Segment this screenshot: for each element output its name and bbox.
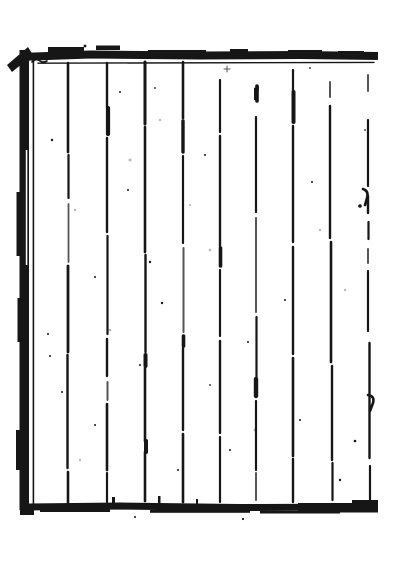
ink-speck <box>79 459 81 461</box>
ink-speck <box>154 87 156 89</box>
top-border-bump <box>288 50 322 53</box>
ink-speck <box>134 516 136 518</box>
column-rule-5 <box>220 80 221 502</box>
ink-speck <box>339 479 341 481</box>
ink-speck <box>161 302 163 304</box>
left-border-white-streak <box>26 150 28 265</box>
ink-speck <box>344 289 346 291</box>
ink-speck <box>51 139 53 141</box>
ink-speck <box>74 209 76 211</box>
ink-speck <box>94 424 96 426</box>
left-border-bump <box>18 298 21 342</box>
ink-speck <box>209 249 212 252</box>
ink-speck <box>149 261 151 263</box>
ink-speck <box>299 419 301 421</box>
ink-speck <box>247 341 249 343</box>
ink-speck <box>284 299 286 301</box>
ink-speck <box>127 189 129 191</box>
ink-speck <box>309 67 311 69</box>
ink-speck <box>319 229 321 231</box>
ink-marks-layer <box>32 60 373 411</box>
ink-speck <box>129 159 132 162</box>
ink-speck <box>47 333 49 335</box>
scan-svg <box>0 0 398 565</box>
bottom-border-smudge <box>260 511 340 514</box>
bottom-border-tick <box>158 496 161 504</box>
ink-speck <box>209 384 211 386</box>
ink-speck <box>49 355 51 357</box>
ink-speck <box>119 91 121 93</box>
bottom-border-smudge <box>150 510 250 513</box>
column-rule-8 <box>330 82 333 500</box>
top-border-bump <box>96 46 120 51</box>
frame-layer <box>7 46 378 516</box>
top-border-underline <box>38 62 374 63</box>
left-border-bump <box>16 430 20 470</box>
hook-blot-upper <box>363 189 368 205</box>
ink-speck <box>204 154 206 156</box>
ink-speck <box>229 449 231 451</box>
column-rule-7 <box>293 70 294 502</box>
top-border-bump <box>148 50 206 53</box>
column-rule-4 <box>183 62 184 502</box>
ink-speck <box>139 364 141 366</box>
top-border <box>20 55 378 58</box>
ink-speck <box>61 391 63 393</box>
bottom-border-smudge <box>40 510 110 513</box>
left-border <box>20 50 30 510</box>
ink-speck <box>242 518 244 520</box>
column-rule-9 <box>368 75 370 502</box>
column-rule-6 <box>256 86 257 500</box>
ink-speck <box>177 469 179 471</box>
top-border-bump <box>230 49 248 52</box>
ink-speck <box>159 119 161 121</box>
bottom-border-tick <box>112 497 115 504</box>
scanned-book-page <box>0 0 398 565</box>
column-rule-2 <box>107 63 108 502</box>
ink-speck <box>189 204 191 206</box>
ink-speck <box>311 181 313 183</box>
column-rules-layer <box>68 62 371 503</box>
top-border-bump <box>48 47 84 52</box>
left-border-bump <box>17 192 21 256</box>
column-rule-3 <box>145 62 146 501</box>
speck-layer <box>47 45 366 521</box>
hook-blot-upper-dot <box>358 204 362 208</box>
ink-speck <box>364 129 366 131</box>
ink-speck <box>354 440 357 443</box>
top-border-bump <box>338 51 364 54</box>
bottom-border-tick <box>196 499 198 505</box>
bottom-border-end-blob <box>352 500 378 511</box>
column-rule-1 <box>68 63 69 503</box>
ink-speck <box>84 45 87 48</box>
ink-speck <box>109 329 112 332</box>
ink-speck <box>94 276 96 278</box>
